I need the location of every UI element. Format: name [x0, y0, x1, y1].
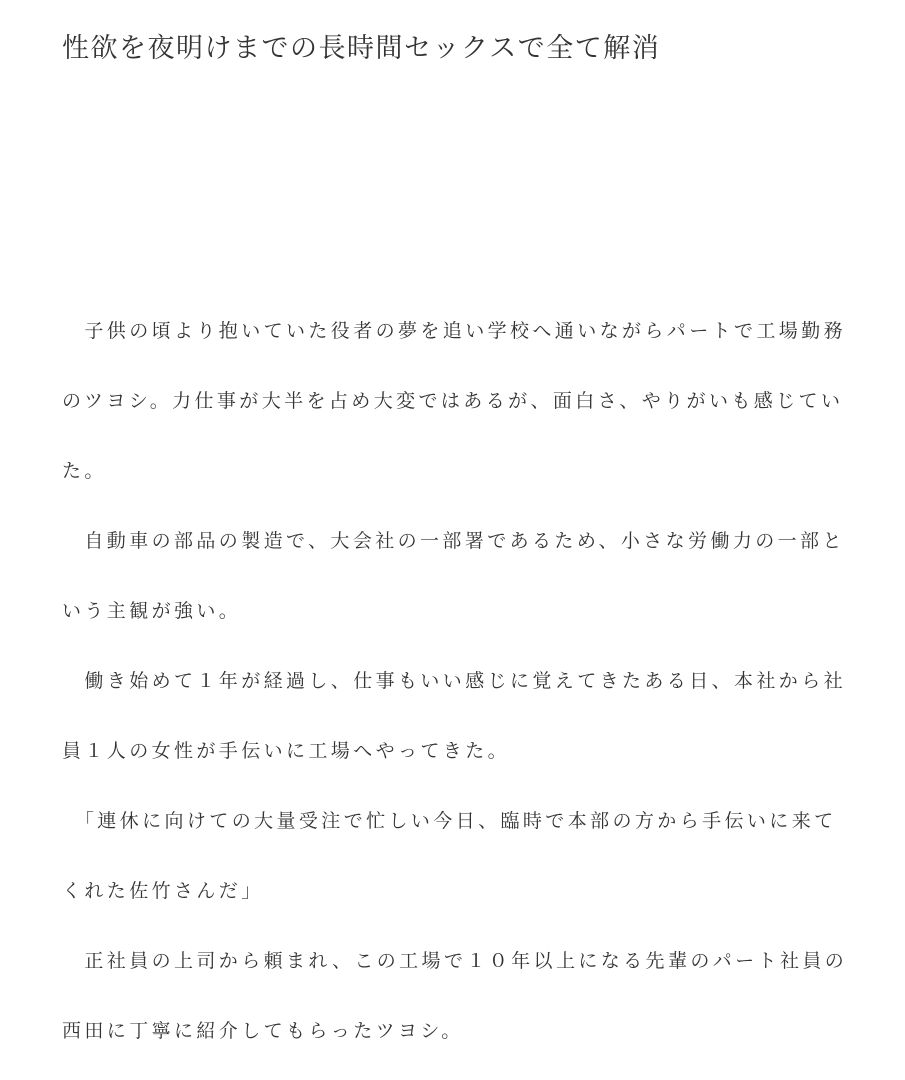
- text-line: 正社員の上司から頼まれ、この工場で１０年以上になる先輩のパート社員の: [62, 944, 862, 1014]
- document-title: 性欲を夜明けまでの長時間セックスで全て解消: [62, 26, 660, 65]
- text-line: 員１人の女性が手伝いに工場へやってきた。: [62, 734, 862, 804]
- text-line: 西田に丁寧に紹介してもらったツヨシ。: [62, 1014, 862, 1080]
- text-line: いう主観が強い。: [62, 594, 862, 664]
- document-body: 子供の頃より抱いていた役者の夢を追い学校へ通いながらパートで工場勤務 のツヨシ。…: [62, 314, 862, 1080]
- document-page: 性欲を夜明けまでの長時間セックスで全て解消 子供の頃より抱いていた役者の夢を追い…: [0, 0, 905, 1080]
- text-line: くれた佐竹さんだ」: [62, 874, 862, 944]
- text-line: 「連休に向けての大量受注で忙しい今日、臨時で本部の方から手伝いに来て: [62, 804, 862, 874]
- text-line: 自動車の部品の製造で、大会社の一部署であるため、小さな労働力の一部と: [62, 524, 862, 594]
- text-line: 子供の頃より抱いていた役者の夢を追い学校へ通いながらパートで工場勤務: [62, 314, 862, 384]
- text-line: のツヨシ。力仕事が大半を占め大変ではあるが、面白さ、やりがいも感じてい: [62, 384, 862, 454]
- text-line: た。: [62, 454, 862, 524]
- text-line: 働き始めて１年が経過し、仕事もいい感じに覚えてきたある日、本社から社: [62, 664, 862, 734]
